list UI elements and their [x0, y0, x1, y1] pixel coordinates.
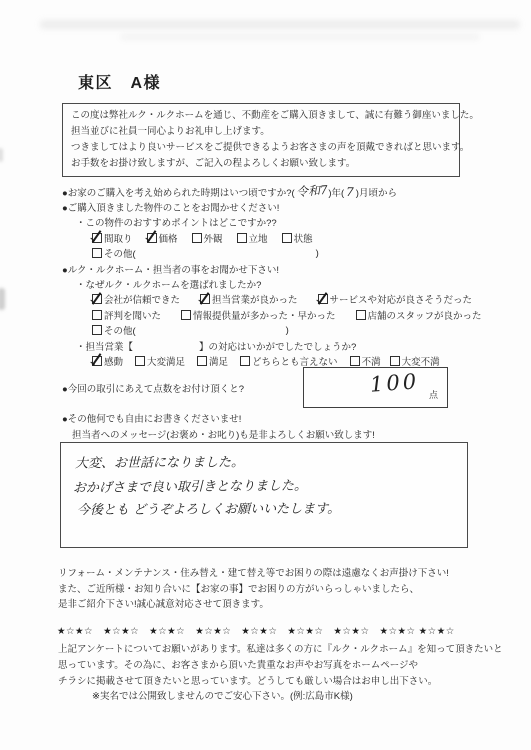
checkbox-label: 店舗のスタッフが良かった	[368, 308, 482, 322]
scan-artifact	[40, 20, 520, 29]
checkbox-label: 不満	[362, 354, 381, 368]
checkbox-icon	[147, 233, 157, 243]
checkbox-icon	[282, 233, 292, 243]
checkbox-label: その他(	[104, 323, 136, 337]
checkbox-option: 間取り	[92, 231, 133, 245]
anonymity-note: ※実名では公開致しませんのでご安心下さい。(例:広島市K様)	[58, 689, 503, 705]
handwritten-message-line: 今後とも どうぞよろしくお願いいたします。	[77, 497, 461, 523]
agent-suffix: 】の対応はいかがでしたでしょうか?	[199, 339, 356, 353]
free-comment-heading: ●その他何でも自由にお書きくださいませ!	[62, 411, 241, 425]
checkbox-label: 大変不満	[402, 354, 440, 368]
checkbox-option: 評判を聞いた	[92, 308, 161, 322]
handwritten-message-line: 大変、お世話になりました。	[75, 450, 461, 476]
handwritten-month: 7	[346, 185, 354, 199]
why-options-row1: 会社が信頼できた 担当営業が良かった サービスや対応が良さそうだった	[62, 292, 502, 307]
checkbox-option: 外観	[192, 231, 223, 245]
question-agent: ・担当営業【 】の対応はいかがでしたでしょうか?	[62, 338, 502, 353]
checkbox-icon	[92, 294, 102, 304]
checkbox-option: 不満	[350, 354, 381, 368]
greeting-line: 担当並びに社員一同心よりお礼申し上げます。	[71, 124, 451, 140]
checkbox-icon	[197, 356, 207, 366]
scan-artifact	[0, 288, 5, 310]
checkbox-icon	[92, 325, 102, 335]
checkbox-option: 情報提供量が多かった・早かった	[181, 308, 336, 322]
checkbox-icon	[318, 294, 328, 304]
checkbox-icon	[92, 356, 102, 366]
timing-prefix: ●お家のご購入を考え始められた時期はいつ頃ですか?(	[62, 185, 295, 199]
questionnaire-body: ●お家のご購入を考え始められた時期はいつ頃ですか?(令和7)年(7)月頃から ●…	[62, 184, 502, 369]
publication-notice: 上記アンケートについてお願いがあります。私達は多くの方に『ルク・ルクホーム』を知…	[58, 642, 503, 705]
property-other-row: その他( )	[62, 246, 502, 261]
checkbox-label: 担当営業が良かった	[212, 292, 298, 306]
star-divider: ★☆★☆ ★☆★☆ ★☆★☆ ★☆★☆ ★☆★☆ ★☆★☆ ★☆★☆ ★☆★☆ …	[57, 623, 455, 637]
checkbox-icon	[356, 310, 366, 320]
score-unit: 点	[429, 388, 438, 401]
handwritten-era: 令和7	[295, 181, 328, 200]
timing-mid: )年(	[328, 185, 344, 199]
property-options-row: 間取り 価格 外観 立地 状態	[62, 230, 502, 245]
agent-prefix: ・担当営業【	[76, 339, 133, 353]
page-title: 東区 A様	[78, 70, 161, 93]
question-company-heading: ●ルク・ルクホーム・担当者の事をお聞かせ下さい!	[62, 261, 502, 276]
contact-note-line: また、ご近所様・お知り合いに【お家の事】でお困りの方がいらっしゃいましたら、	[58, 582, 449, 598]
checkbox-label: 感動	[104, 354, 123, 368]
greeting-box: この度は弊社ルク・ルクホームを通じ、不動産をご購入頂きまして、誠に有難う御座いま…	[62, 103, 460, 177]
checkbox-label: 間取り	[104, 231, 133, 245]
checkbox-option: 大変満足	[135, 354, 185, 368]
question-property-heading: ●ご購入頂きました物件のことをお聞かせください!	[62, 199, 502, 214]
checkbox-label: 立地	[249, 231, 268, 245]
checkbox-option: どちらとも言えない	[240, 354, 338, 368]
checkbox-option: その他(	[92, 246, 136, 260]
close-paren: )	[316, 248, 319, 259]
question-property-sub: ・この物件のおすすめポイントはどこですか??	[62, 215, 502, 230]
checkbox-label: 外観	[204, 231, 223, 245]
checkbox-icon	[92, 310, 102, 320]
checkbox-icon	[350, 356, 360, 366]
score-question: ●今回の取引にあえて点数をお付け頂くと?	[62, 381, 244, 395]
checkbox-label: その他(	[104, 246, 136, 260]
handwritten-message-box: 大変、お世話になりました。 おかげさまで良い取引きとなりました。 今後とも どう…	[60, 442, 468, 548]
publication-notice-line: 思っています。その為に、お客さまから頂いた貴重なお声やお写真をホームページや	[58, 658, 503, 674]
checkbox-icon	[92, 233, 102, 243]
checkbox-label: サービスや対応が良さそうだった	[330, 292, 473, 306]
scan-artifact	[120, 34, 480, 40]
publication-notice-line: チラシに掲載させて頂きたいと思っています。どうしても厳しい場合はお申し出下さい。	[58, 674, 503, 690]
checkbox-icon	[390, 356, 400, 366]
timing-suffix: )月頃から	[356, 185, 397, 199]
contact-note-line: 是非ご紹介下さい!誠心誠意対応させて頂きます。	[58, 597, 449, 613]
checkbox-label: 大変満足	[147, 354, 185, 368]
checkbox-icon	[181, 310, 191, 320]
contact-note-line: リフォーム・メンテナンス・住み替え・建て替え等でお困りの際は遠慮なくお声掛け下さ…	[58, 566, 449, 582]
checkbox-option: 立地	[237, 231, 268, 245]
checkbox-option: 店舗のスタッフが良かった	[356, 308, 482, 322]
company-other-row: その他( )	[62, 323, 502, 338]
checkbox-option: その他(	[92, 323, 136, 337]
publication-notice-line: 上記アンケートについてお願いがあります。私達は多くの方に『ルク・ルクホーム』を知…	[58, 642, 503, 658]
checkbox-icon	[200, 294, 210, 304]
checkbox-label: 評判を聞いた	[104, 308, 161, 322]
handwritten-score: 100	[369, 369, 420, 396]
handwritten-message-line: おかげさまで良い取引きとなりました。	[73, 472, 461, 500]
checkbox-icon	[135, 356, 145, 366]
checkbox-option: 会社が信頼できた	[92, 292, 180, 306]
greeting-line: この度は弊社ルク・ルクホームを通じ、不動産をご購入頂きまして、誠に有難う御座いま…	[71, 108, 451, 124]
checkbox-option: 感動	[92, 354, 123, 368]
checkbox-icon	[92, 248, 102, 258]
scanned-survey-page: 東区 A様 この度は弊社ルク・ルクホームを通じ、不動産をご購入頂きまして、誠に有…	[0, 0, 531, 750]
score-box: 100 点	[303, 367, 448, 408]
checkbox-label: 会社が信頼できた	[104, 292, 180, 306]
question-timing: ●お家のご購入を考え始められた時期はいつ頃ですか?(令和7)年(7)月頃から	[62, 184, 502, 199]
checkbox-option: 状態	[282, 231, 313, 245]
checkbox-label: 価格	[159, 231, 178, 245]
question-why-sub: ・なぜルク・ルクホームを選ばれましたか?	[62, 276, 502, 291]
checkbox-label: 満足	[209, 354, 228, 368]
checkbox-icon	[240, 356, 250, 366]
checkbox-icon	[237, 233, 247, 243]
scan-artifact	[0, 148, 3, 162]
why-options-row2: 評判を聞いた 情報提供量が多かった・早かった 店舗のスタッフが良かった	[62, 307, 502, 322]
checkbox-label: どちらとも言えない	[252, 354, 338, 368]
close-paren: )	[286, 325, 289, 336]
greeting-line: つきましてはより良いサービスをご提供できるようお客さまの声を頂戴できればと思いま…	[71, 140, 451, 156]
checkbox-label: 状態	[294, 231, 313, 245]
checkbox-icon	[192, 233, 202, 243]
checkbox-option: 価格	[147, 231, 178, 245]
checkbox-option: 満足	[197, 354, 228, 368]
free-comment-sub: 担当者へのメッセージ(お褒め・お叱り)も是非よろしくお願い致します!	[72, 427, 375, 441]
contact-note: リフォーム・メンテナンス・住み替え・建て替え等でお困りの際は遠慮なくお声掛け下さ…	[58, 566, 449, 613]
checkbox-option: サービスや対応が良さそうだった	[318, 292, 473, 306]
checkbox-label: 情報提供量が多かった・早かった	[193, 308, 336, 322]
checkbox-option: 担当営業が良かった	[200, 292, 298, 306]
checkbox-option: 大変不満	[390, 354, 440, 368]
greeting-line: お手数をお掛け致しますが、ご記入の程よろしくお願い致します。	[71, 156, 451, 172]
